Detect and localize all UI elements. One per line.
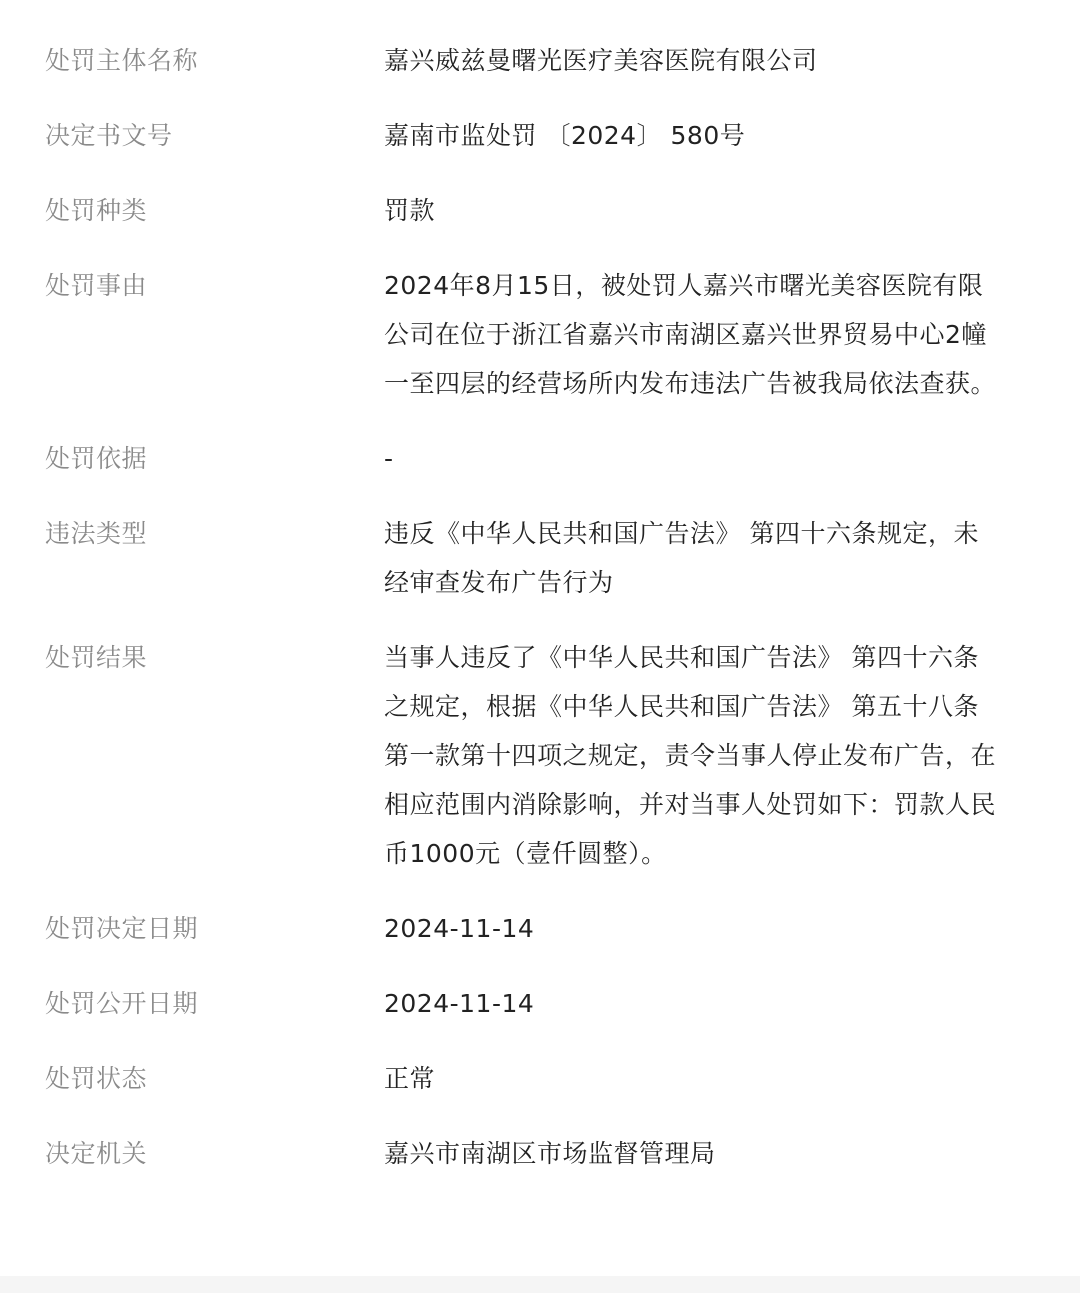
label-penalty-reason: 处罚事由	[0, 261, 384, 310]
row-decision-number: 决定书文号 嘉南市监处罚 〔2024〕 580号	[0, 111, 1080, 160]
value-decision-date: 2024-11-14	[384, 904, 996, 953]
value-penalty-type: 罚款	[384, 186, 996, 235]
value-penalty-status: 正常	[384, 1054, 996, 1103]
row-publication-date: 处罚公开日期 2024-11-14	[0, 979, 1080, 1028]
label-penalty-basis: 处罚依据	[0, 434, 384, 483]
value-subject-name: 嘉兴威兹曼曙光医疗美容医院有限公司	[384, 36, 996, 85]
label-subject-name: 处罚主体名称	[0, 36, 384, 85]
value-penalty-result: 当事人违反了《中华人民共和国广告法》 第四十六条之规定，根据《中华人民共和国广告…	[384, 633, 996, 878]
row-penalty-status: 处罚状态 正常	[0, 1054, 1080, 1103]
row-subject-name: 处罚主体名称 嘉兴威兹曼曙光医疗美容医院有限公司	[0, 36, 1080, 85]
row-penalty-reason: 处罚事由 2024年8月15日，被处罚人嘉兴市曙光美容医院有限公司在位于浙江省嘉…	[0, 261, 1080, 408]
value-decision-number: 嘉南市监处罚 〔2024〕 580号	[384, 111, 996, 160]
label-violation-type: 违法类型	[0, 509, 384, 558]
value-penalty-reason: 2024年8月15日，被处罚人嘉兴市曙光美容医院有限公司在位于浙江省嘉兴市南湖区…	[384, 261, 996, 408]
label-penalty-result: 处罚结果	[0, 633, 384, 682]
label-publication-date: 处罚公开日期	[0, 979, 384, 1028]
label-penalty-type: 处罚种类	[0, 186, 384, 235]
row-deciding-authority: 决定机关 嘉兴市南湖区市场监督管理局	[0, 1129, 1080, 1178]
row-penalty-basis: 处罚依据 -	[0, 434, 1080, 483]
value-violation-type: 违反《中华人民共和国广告法》 第四十六条规定，未经审查发布广告行为	[384, 509, 996, 607]
label-decision-date: 处罚决定日期	[0, 904, 384, 953]
value-publication-date: 2024-11-14	[384, 979, 996, 1028]
value-deciding-authority: 嘉兴市南湖区市场监督管理局	[384, 1129, 996, 1178]
label-decision-number: 决定书文号	[0, 111, 384, 160]
row-penalty-type: 处罚种类 罚款	[0, 186, 1080, 235]
value-penalty-basis: -	[384, 434, 996, 483]
footer-divider-band	[0, 1276, 1080, 1293]
row-decision-date: 处罚决定日期 2024-11-14	[0, 904, 1080, 953]
row-violation-type: 违法类型 违反《中华人民共和国广告法》 第四十六条规定，未经审查发布广告行为	[0, 509, 1080, 607]
row-penalty-result: 处罚结果 当事人违反了《中华人民共和国广告法》 第四十六条之规定，根据《中华人民…	[0, 633, 1080, 878]
penalty-detail-list: 处罚主体名称 嘉兴威兹曼曙光医疗美容医院有限公司 决定书文号 嘉南市监处罚 〔2…	[0, 0, 1080, 1204]
label-deciding-authority: 决定机关	[0, 1129, 384, 1178]
label-penalty-status: 处罚状态	[0, 1054, 384, 1103]
